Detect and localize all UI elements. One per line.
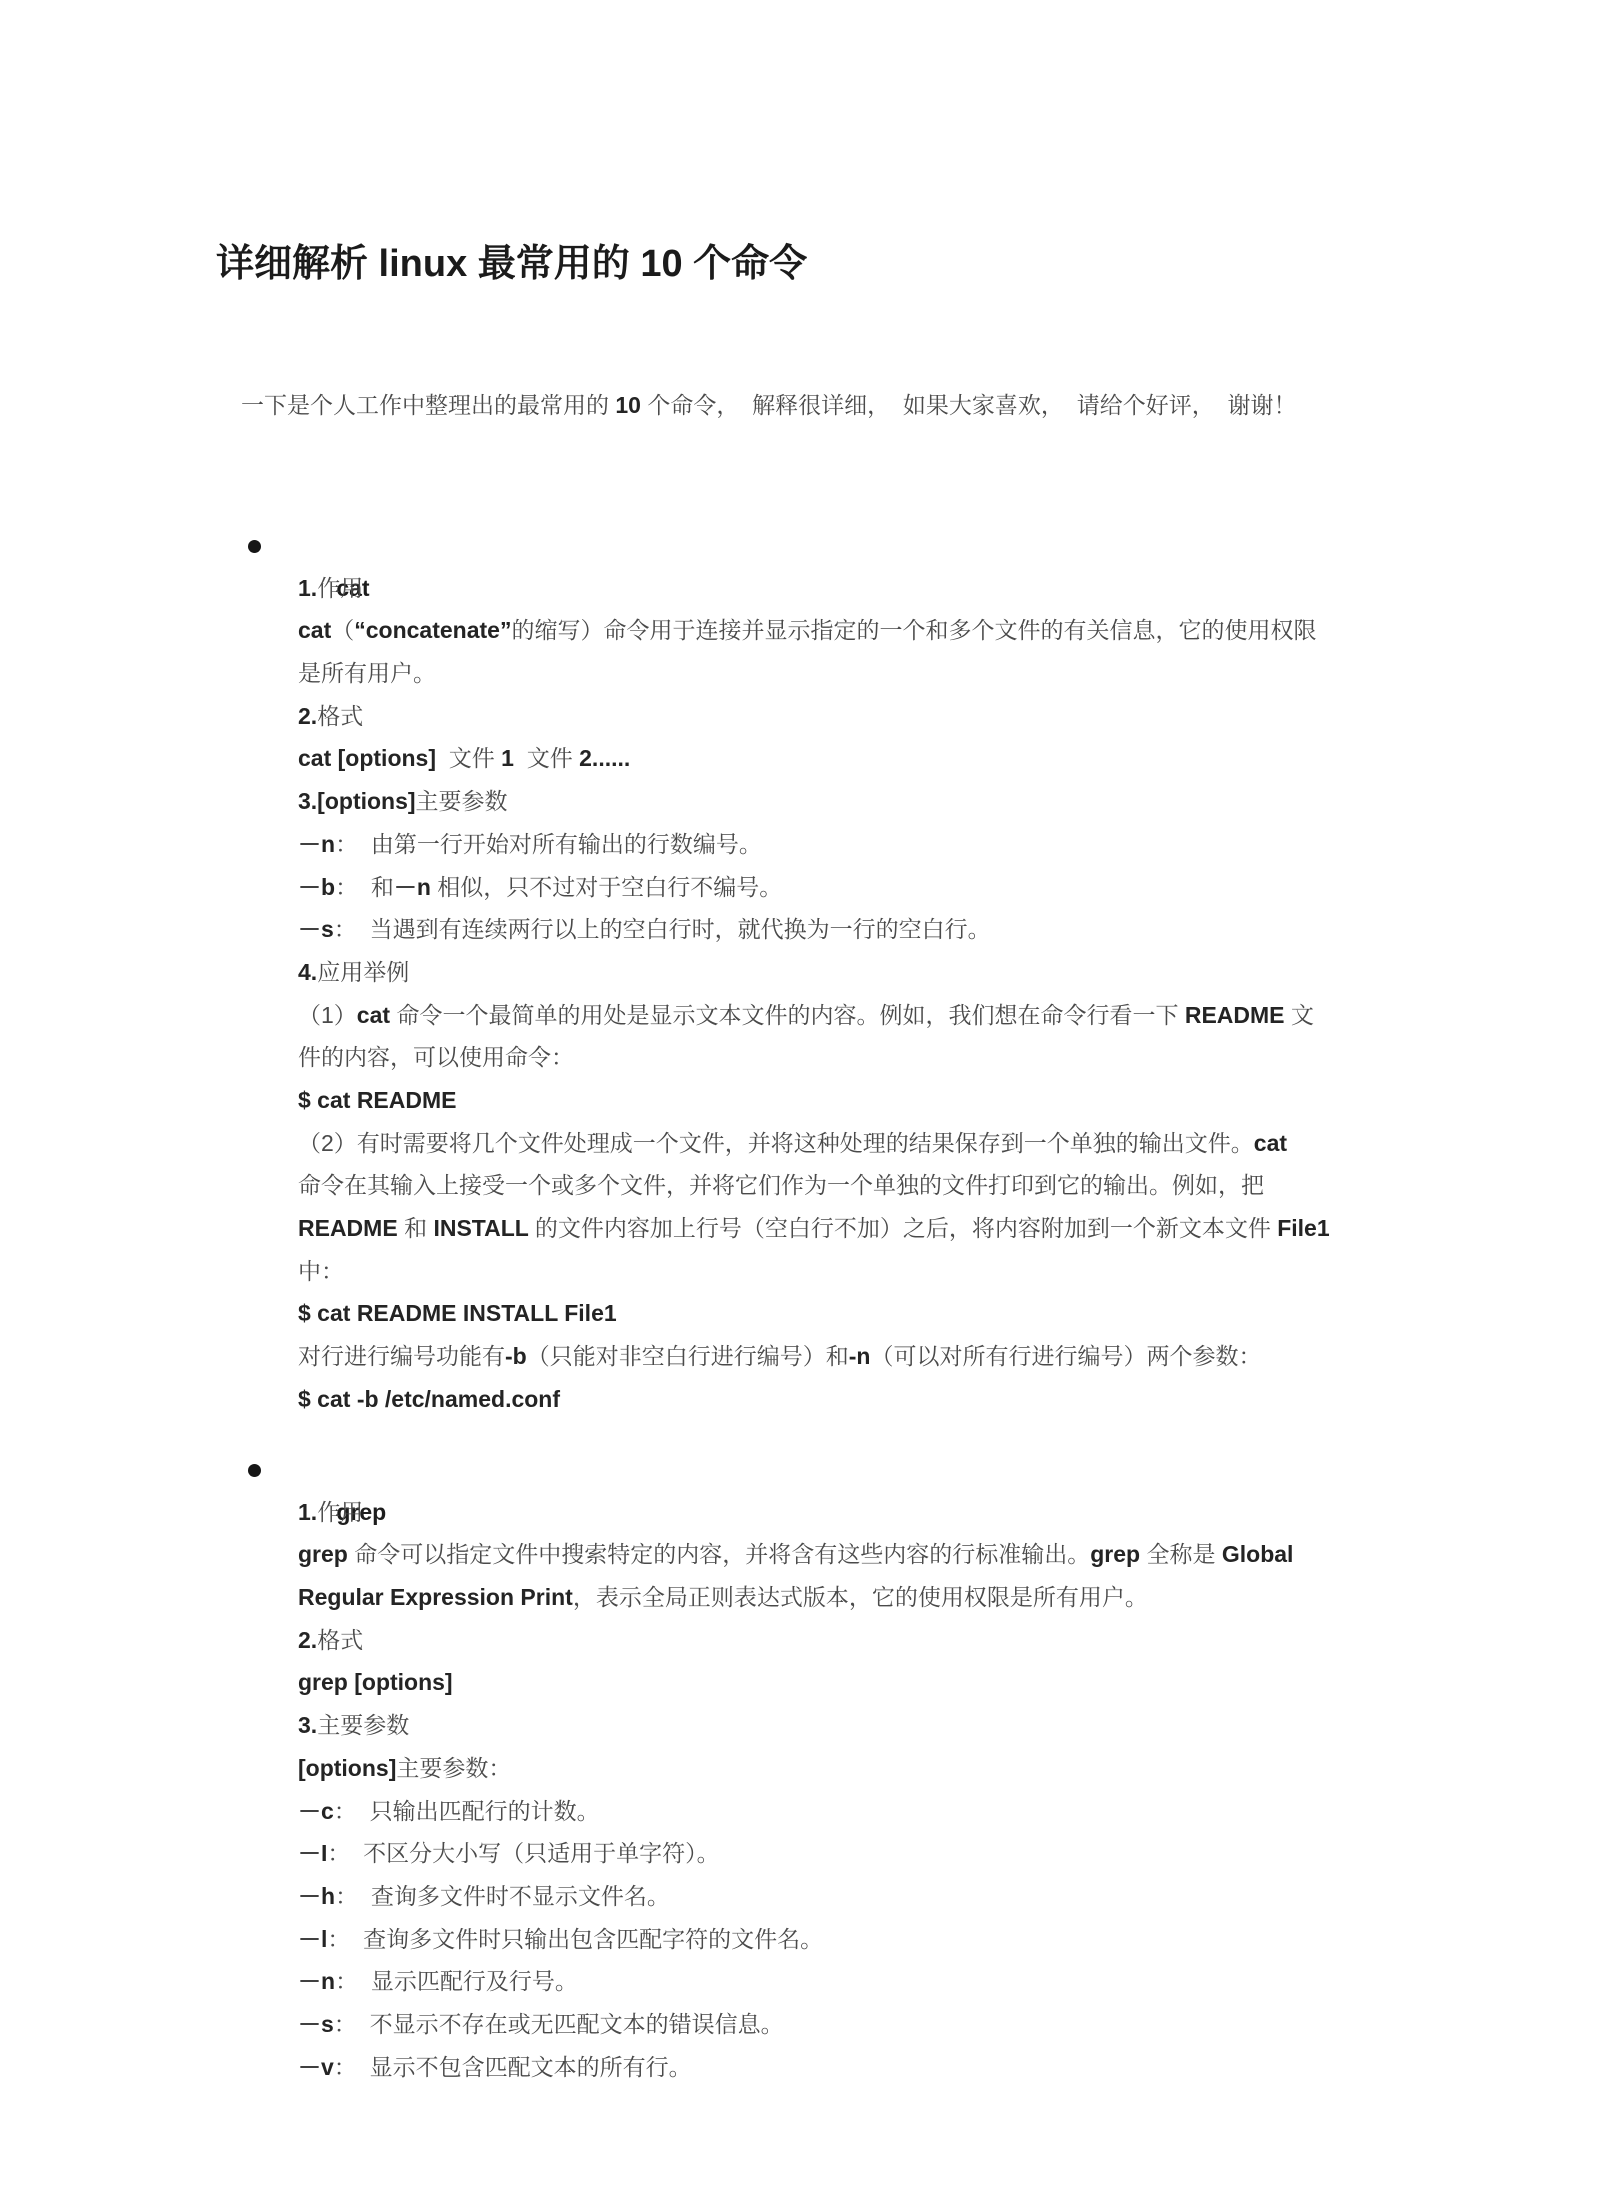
text-segment: －n — [298, 831, 335, 857]
text-segment: $ cat README INSTALL File1 — [298, 1300, 617, 1326]
text-segment: ： 和 — [335, 874, 394, 900]
text-segment: 全称是 — [1146, 1541, 1221, 1567]
text-line: －n： 由第一行开始对所有输出的行数编号。 — [298, 823, 1427, 866]
text-segment: 的缩写）命令用于连接并显示指定的一个和多个文件的有关信息，它的使用权限 — [511, 617, 1316, 643]
text-segment: README — [1185, 1002, 1291, 1028]
text-segment: 2. — [298, 703, 317, 729]
text-line: －I： 不区分大小写（只适用于单字符）。 — [298, 1832, 1427, 1875]
text-segment: －I — [298, 1840, 327, 1866]
text-line: 是所有用户。 — [298, 652, 1427, 695]
text-segment: 文 — [1291, 1002, 1314, 1028]
text-segment: 对行进行编号功能有 — [298, 1343, 505, 1369]
text-segment: 主要参数 — [317, 1712, 409, 1738]
text-segment: （只能对非空白行进行编号）和 — [527, 1343, 849, 1369]
text-segment: ： 只输出匹配行的计数。 — [334, 1798, 600, 1824]
text-segment: 格式 — [317, 1627, 363, 1653]
bullet-icon — [248, 540, 261, 553]
text-line: －n： 显示匹配行及行号。 — [298, 1960, 1427, 2003]
text-line: 3.[options]主要参数 — [298, 780, 1427, 823]
intro-paragraph: 一下是个人工作中整理出的最常用的 10 个命令， 解释很详细， 如果大家喜欢， … — [241, 384, 1297, 427]
text-segment: ： 由第一行开始对所有输出的行数编号。 — [335, 831, 762, 857]
text-segment: -n — [849, 1343, 871, 1369]
text-line: Regular Expression Print，表示全局正则表达式版本，它的使… — [298, 1576, 1427, 1619]
text-line: 2.格式 — [298, 1619, 1427, 1662]
text-segment: ，表示全局正则表达式版本，它的使用权限是所有用户。 — [573, 1584, 1148, 1610]
text-segment: 作用 — [317, 1499, 363, 1525]
text-line: 3.主要参数 — [298, 1704, 1427, 1747]
text-line: －v： 显示不包含匹配文本的所有行。 — [298, 2046, 1427, 2089]
text-segment: 1. — [298, 575, 317, 601]
text-line: （1）cat 命令一个最简单的用处是显示文本文件的内容。例如，我们想在命令行看一… — [298, 994, 1427, 1037]
text-segment: ： 不区分大小写（只适用于单字符）。 — [327, 1840, 719, 1866]
section-body: 1.作用grep 命令可以指定文件中搜索特定的内容，并将含有这些内容的行标准输出… — [298, 1491, 1427, 2089]
text-segment: grep — [298, 1541, 354, 1567]
text-segment: 命令可以指定文件中搜索特定的内容，并将含有这些内容的行标准输出。 — [354, 1541, 1090, 1567]
text-segment: 主要参数： — [396, 1755, 511, 1781]
text-line: 中： — [298, 1250, 1427, 1293]
text-segment: Global — [1222, 1541, 1294, 1567]
text-segment: 相似，只不过对于空白行不编号。 — [437, 874, 782, 900]
text-line: cat（“concatenate”的缩写）命令用于连接并显示指定的一个和多个文件… — [298, 609, 1427, 652]
text-segment: 文件 — [514, 745, 579, 771]
text-line: 1.作用 — [298, 1491, 1427, 1534]
text-line: －h： 查询多文件时不显示文件名。 — [298, 1875, 1427, 1918]
section-body: 1.作用cat（“concatenate”的缩写）命令用于连接并显示指定的一个和… — [298, 567, 1427, 1421]
document-page: 详细解析 linux 最常用的 10 个命令 一下是个人工作中整理出的最常用的 … — [0, 0, 1600, 2194]
text-segment: cat — [357, 1002, 397, 1028]
text-line: $ cat -b /etc/named.conf — [298, 1378, 1427, 1421]
text-segment: ： 不显示不存在或无匹配文本的错误信息。 — [334, 2011, 784, 2037]
text-line: 件的内容，可以使用命令： — [298, 1036, 1427, 1079]
text-segment: 文件 — [436, 745, 501, 771]
text-line: －c： 只输出匹配行的计数。 — [298, 1790, 1427, 1833]
text-segment: 中： — [298, 1258, 344, 1284]
text-segment: －l — [298, 1926, 327, 1952]
text-segment: 作用 — [317, 575, 363, 601]
text-segment: 应用举例 — [317, 959, 409, 985]
text-line: grep [options] — [298, 1661, 1427, 1704]
text-line: －s： 不显示不存在或无匹配文本的错误信息。 — [298, 2003, 1427, 2046]
text-segment: 10 — [615, 392, 647, 418]
text-segment: （可以对所有行进行编号）两个参数： — [870, 1343, 1261, 1369]
text-segment: －n — [394, 874, 437, 900]
page-title: 详细解析 linux 最常用的 10 个命令 — [216, 238, 807, 290]
text-segment: ： 查询多文件时只输出包含匹配字符的文件名。 — [327, 1926, 823, 1952]
text-segment: －n — [298, 1968, 335, 1994]
text-line: 1.作用 — [298, 567, 1427, 610]
text-segment: －s — [298, 916, 334, 942]
text-segment: cat — [298, 617, 331, 643]
bullet-section-grep: grep 1.作用grep 命令可以指定文件中搜索特定的内容，并将含有这些内容的… — [247, 1448, 1427, 2088]
text-segment: README — [298, 1215, 404, 1241]
text-segment: 件的内容，可以使用命令： — [298, 1044, 574, 1070]
text-line: [options]主要参数： — [298, 1747, 1427, 1790]
text-line: grep 命令可以指定文件中搜索特定的内容，并将含有这些内容的行标准输出。gre… — [298, 1533, 1427, 1576]
text-segment: （2）有时需要将几个文件处理成一个文件，并将这种处理的结果保存到一个单独的输出文… — [298, 1130, 1254, 1156]
text-line: cat [options] 文件 1 文件 2...... — [298, 737, 1427, 780]
text-segment: 个命令， 解释很详细， 如果大家喜欢， 请给个好评， 谢谢！ — [647, 392, 1296, 418]
text-segment: ： 当遇到有连续两行以上的空白行时，就代换为一行的空白行。 — [334, 916, 991, 942]
text-segment: －c — [298, 1798, 334, 1824]
bullet-icon — [248, 1464, 261, 1477]
text-segment: File1 — [1277, 1215, 1329, 1241]
text-segment: 1. — [298, 1499, 317, 1525]
text-segment: （1） — [298, 1002, 357, 1028]
text-segment: －h — [298, 1883, 335, 1909]
text-line: 命令在其输入上接受一个或多个文件，并将它们作为一个单独的文件打印到它的输出。例如… — [298, 1164, 1427, 1207]
text-segment: 主要参数 — [416, 788, 508, 814]
text-line: 对行进行编号功能有-b（只能对非空白行进行编号）和-n（可以对所有行进行编号）两… — [298, 1335, 1427, 1378]
text-segment: ： 查询多文件时不显示文件名。 — [335, 1883, 670, 1909]
text-segment: cat [options] — [298, 745, 436, 771]
text-segment: 4. — [298, 959, 317, 985]
text-segment: -b — [505, 1343, 527, 1369]
text-line: －l： 查询多文件时只输出包含匹配字符的文件名。 — [298, 1918, 1427, 1961]
text-segment: “concatenate” — [354, 617, 511, 643]
text-segment: 和 — [404, 1215, 433, 1241]
text-segment: －s — [298, 2011, 334, 2037]
text-segment: 格式 — [317, 703, 363, 729]
text-line: （2）有时需要将几个文件处理成一个文件，并将这种处理的结果保存到一个单独的输出文… — [298, 1122, 1427, 1165]
text-segment: cat — [1254, 1130, 1287, 1156]
text-line: $ cat README INSTALL File1 — [298, 1292, 1427, 1335]
text-segment: grep [options] — [298, 1669, 453, 1695]
text-line: $ cat README — [298, 1079, 1427, 1122]
text-segment: （ — [331, 617, 354, 643]
text-line: 2.格式 — [298, 695, 1427, 738]
text-segment: Regular Expression Print — [298, 1584, 573, 1610]
text-segment: grep — [1090, 1541, 1146, 1567]
text-segment: 一下是个人工作中整理出的最常用的 — [241, 392, 615, 418]
text-segment: －v — [298, 2054, 334, 2080]
text-line: －s： 当遇到有连续两行以上的空白行时，就代换为一行的空白行。 — [298, 908, 1427, 951]
text-segment: [options] — [298, 1755, 396, 1781]
text-segment: $ cat README — [298, 1087, 456, 1113]
text-segment: $ cat -b /etc/named.conf — [298, 1386, 560, 1412]
text-segment: ： 显示不包含匹配文本的所有行。 — [334, 2054, 692, 2080]
text-line: README 和 INSTALL 的文件内容加上行号（空白行不加）之后，将内容附… — [298, 1207, 1427, 1250]
text-segment: 的文件内容加上行号（空白行不加）之后，将内容附加到一个新文本文件 — [535, 1215, 1277, 1241]
bullet-section-cat: cat 1.作用cat（“concatenate”的缩写）命令用于连接并显示指定… — [247, 524, 1427, 1420]
text-segment: 命令一个最简单的用处是显示文本文件的内容。例如，我们想在命令行看一下 — [396, 1002, 1184, 1028]
text-line: －b： 和－n 相似，只不过对于空白行不编号。 — [298, 866, 1427, 909]
text-line: 4.应用举例 — [298, 951, 1427, 994]
text-segment: 2...... — [579, 745, 630, 771]
text-segment: 是所有用户。 — [298, 660, 436, 686]
text-segment: 3.[options] — [298, 788, 416, 814]
text-segment: 1 — [501, 745, 514, 771]
text-segment: INSTALL — [433, 1215, 534, 1241]
text-segment: ： 显示匹配行及行号。 — [335, 1968, 578, 1994]
text-segment: －b — [298, 874, 335, 900]
text-segment: 3. — [298, 1712, 317, 1738]
text-segment: 命令在其输入上接受一个或多个文件，并将它们作为一个单独的文件打印到它的输出。例如… — [298, 1172, 1264, 1198]
text-segment: 2. — [298, 1627, 317, 1653]
